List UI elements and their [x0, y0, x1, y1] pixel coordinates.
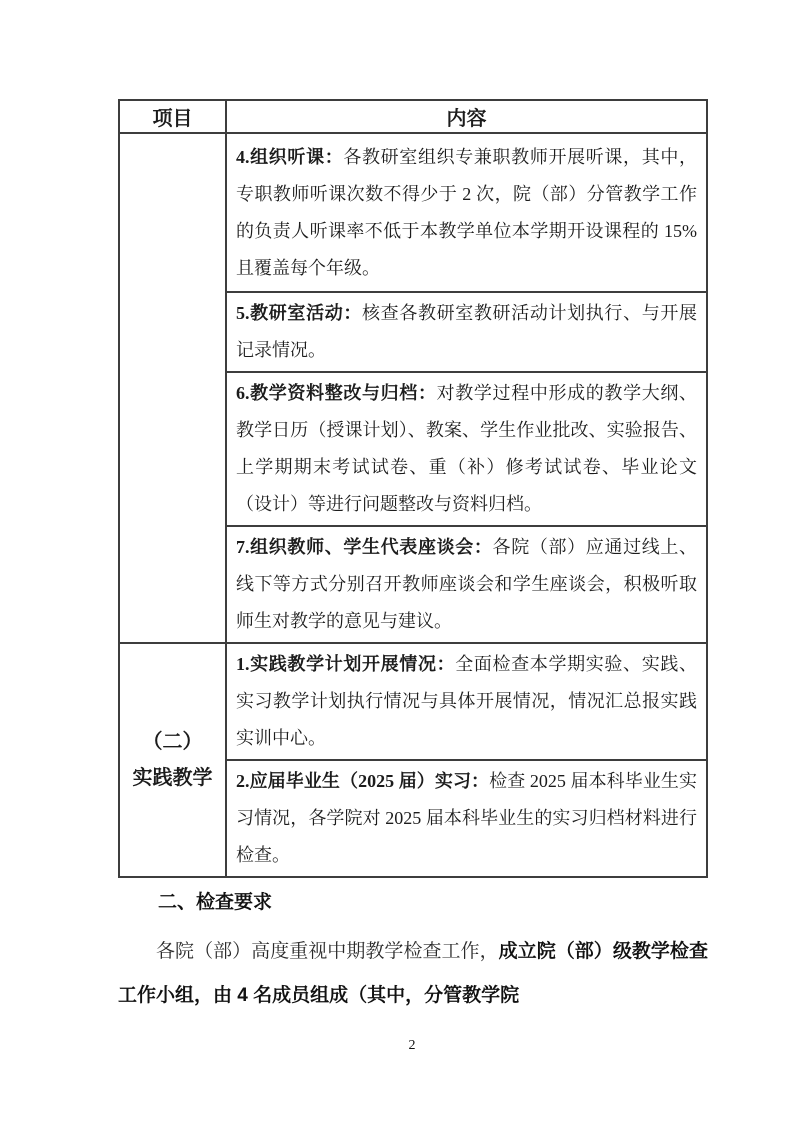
cell-lead-label: 1.实践教学计划开展情况： — [236, 654, 455, 674]
cell-lead-label: 5.教研室活动： — [236, 303, 362, 323]
cell-lead-label: 7.组织教师、学生代表座谈会： — [236, 537, 493, 557]
table-row: 4.组织听课：各教研室组织专兼职教师开展听课，其中，专职教师听课次数不得少于 2… — [119, 133, 707, 292]
content-cell-graduate-internship: 2.应届毕业生（2025 届）实习：检查 2025 届本科毕业生实习情况，各学院… — [226, 760, 707, 877]
cell-lead-label: 6.教学资料整改与归档： — [236, 383, 437, 403]
item-cell-practical-teaching: （二） 实践教学 — [119, 643, 226, 877]
table-row: （二） 实践教学 1.实践教学计划开展情况：全面检查本学期实验、实践、实习教学计… — [119, 643, 707, 760]
document-page: 项目 内容 4.组织听课：各教研室组织专兼职教师开展听课，其中，专职教师听课次数… — [0, 0, 793, 1122]
item-label-line1: （二） — [120, 724, 225, 760]
content-cell-material-archiving: 6.教学资料整改与归档：对教学过程中形成的教学大纲、教学日历（授课计划）、教案、… — [226, 372, 707, 526]
cell-lead-label: 4.组织听课： — [236, 147, 343, 167]
table-header-row: 项目 内容 — [119, 100, 707, 133]
requirements-section: 二、检查要求 各院（部）高度重视中期教学检查工作，成立院（部）级教学检查工作小组… — [118, 888, 708, 1018]
cell-lead-label: 2.应届毕业生（2025 届）实习： — [236, 771, 489, 791]
section-heading: 二、检查要求 — [158, 888, 708, 918]
content-cell-symposium: 7.组织教师、学生代表座谈会：各院（部）应通过线上、线下等方式分别召开教师座谈会… — [226, 526, 707, 643]
section-paragraph: 各院（部）高度重视中期教学检查工作，成立院（部）级教学检查工作小组，由 4 名成… — [118, 930, 708, 1018]
content-cell-organize-lectures: 4.组织听课：各教研室组织专兼职教师开展听课，其中，专职教师听课次数不得少于 2… — [226, 133, 707, 292]
inspection-table: 项目 内容 4.组织听课：各教研室组织专兼职教师开展听课，其中，专职教师听课次数… — [118, 99, 708, 878]
item-cell-empty — [119, 133, 226, 643]
header-content: 内容 — [226, 100, 707, 133]
content-cell-teaching-office-activity: 5.教研室活动：核查各教研室教研活动计划执行、与开展记录情况。 — [226, 292, 707, 372]
page-number: 2 — [118, 1038, 706, 1054]
header-item: 项目 — [119, 100, 226, 133]
paragraph-regular-text: 各院（部）高度重视中期教学检查工作， — [156, 941, 499, 962]
item-label-line2: 实践教学 — [120, 760, 225, 796]
content-cell-practical-plan: 1.实践教学计划开展情况：全面检查本学期实验、实践、实习教学计划执行情况与具体开… — [226, 643, 707, 760]
